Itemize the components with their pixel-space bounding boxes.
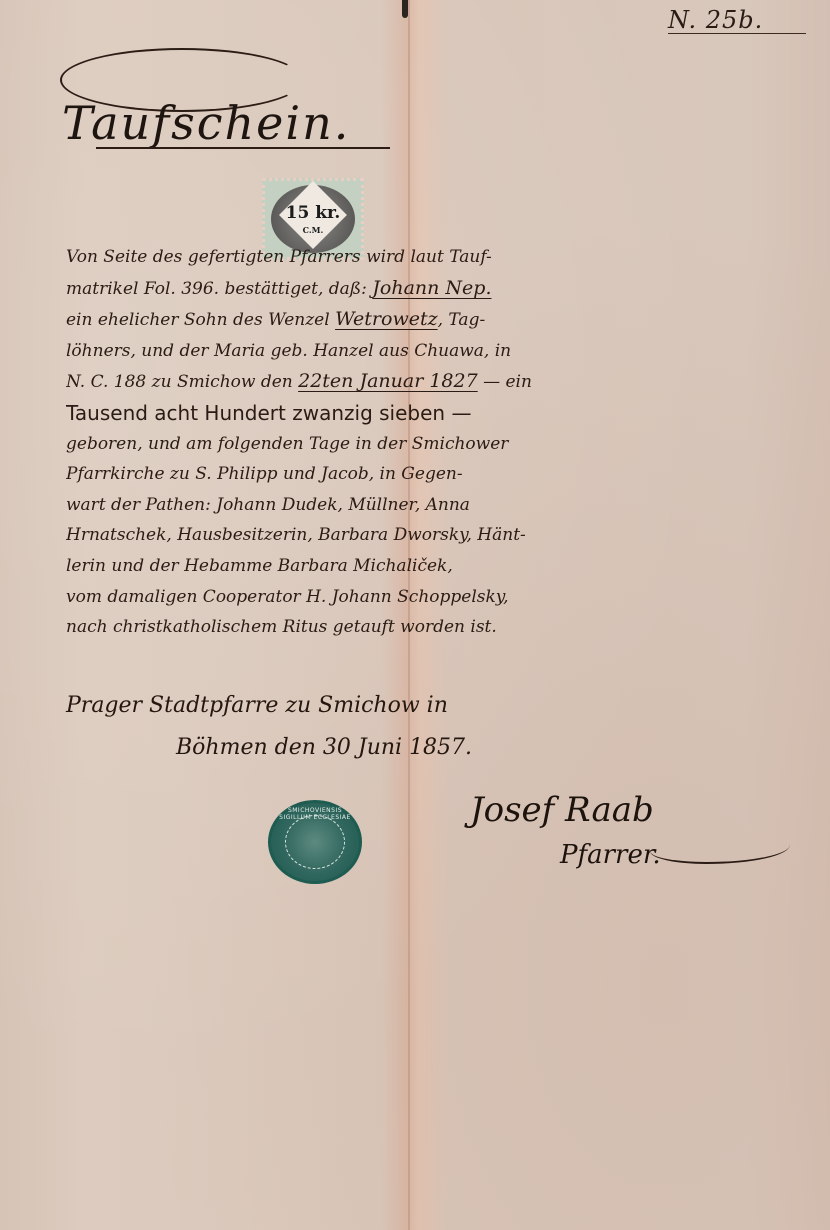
title-underline bbox=[96, 147, 390, 149]
body-text: löhners, und der Maria geb. Hanzel aus C… bbox=[66, 341, 511, 361]
body-line: Pfarrkirche zu S. Philipp und Jacob, in … bbox=[66, 459, 818, 490]
body-text: , Tag- bbox=[438, 310, 486, 330]
seal-text: SMICHOVIENSIS SIGILLUM ECCLESIAE bbox=[271, 807, 359, 821]
closing-date: Böhmen den 30 Juni 1857. bbox=[66, 727, 786, 769]
body-text: geboren, und am folgenden Tage in der Sm… bbox=[66, 434, 508, 454]
birth-date: 22ten Januar 1827 bbox=[298, 370, 478, 392]
body-text: wart der Pathen: Johann Dudek, Müllner, … bbox=[66, 495, 470, 515]
body-text: Pfarrkirche zu S. Philipp und Jacob, in … bbox=[66, 464, 463, 484]
stamp-currency: C.M. bbox=[265, 225, 361, 235]
body-line: geboren, und am folgenden Tage in der Sm… bbox=[66, 429, 818, 460]
surname: Wetrowetz bbox=[335, 308, 438, 330]
signature-flourish-icon bbox=[650, 832, 790, 864]
document-title: Taufschein. bbox=[62, 96, 350, 150]
reference-number: N. 25b. bbox=[668, 6, 763, 34]
body-text: — ein bbox=[478, 372, 532, 392]
certificate-body: Von Seite des gefertigten Pfarrers wird … bbox=[66, 242, 818, 643]
body-line: Von Seite des gefertigten Pfarrers wird … bbox=[66, 242, 818, 273]
body-line: nach christkatholischem Ritus getauft wo… bbox=[66, 612, 818, 643]
body-line: löhners, und der Maria geb. Hanzel aus C… bbox=[66, 336, 818, 367]
body-line: N. C. 188 zu Smichow den 22ten Januar 18… bbox=[66, 366, 818, 398]
body-text: Tausend acht Hundert zwanzig sieben — bbox=[66, 401, 471, 425]
body-text: matrikel Fol. 396. bestättiget, daß: bbox=[66, 279, 372, 299]
parish-seal: SMICHOVIENSIS SIGILLUM ECCLESIAE bbox=[268, 800, 362, 884]
child-name: Johann Nep. bbox=[372, 277, 491, 299]
stamp-value: 15 kr. bbox=[265, 203, 361, 223]
reference-underline bbox=[668, 33, 806, 34]
body-text: vom damaligen Cooperator H. Johann Schop… bbox=[66, 587, 509, 607]
certificate-page: N. 25b. Taufschein. 15 kr. C.M. Von Seit… bbox=[0, 0, 830, 1230]
body-text: N. C. 188 zu Smichow den bbox=[66, 372, 298, 392]
body-line: vom damaligen Cooperator H. Johann Schop… bbox=[66, 582, 818, 613]
body-text: ein ehelicher Sohn des Wenzel bbox=[66, 310, 335, 330]
seal-figures-icon bbox=[285, 815, 345, 869]
body-line-date-words: Tausend acht Hundert zwanzig sieben — bbox=[66, 398, 818, 429]
closing-place: Prager Stadtpfarre zu Smichow in bbox=[66, 685, 786, 727]
signature-title: Pfarrer. bbox=[560, 840, 661, 870]
paper-tear bbox=[402, 0, 408, 18]
body-line: ein ehelicher Sohn des Wenzel Wetrowetz,… bbox=[66, 304, 818, 336]
body-text: lerin und der Hebamme Barbara Michaliček… bbox=[66, 556, 453, 576]
body-line: wart der Pathen: Johann Dudek, Müllner, … bbox=[66, 490, 818, 521]
body-line: lerin und der Hebamme Barbara Michaliček… bbox=[66, 551, 818, 582]
signature-name: Josef Raab bbox=[470, 790, 654, 830]
body-text: nach christkatholischem Ritus getauft wo… bbox=[66, 617, 497, 637]
body-line: Hrnatschek, Hausbesitzerin, Barbara Dwor… bbox=[66, 520, 818, 551]
body-text: Hrnatschek, Hausbesitzerin, Barbara Dwor… bbox=[66, 525, 526, 545]
closing-block: Prager Stadtpfarre zu Smichow in Böhmen … bbox=[66, 685, 786, 769]
body-line: matrikel Fol. 396. bestättiget, daß: Joh… bbox=[66, 273, 818, 305]
body-text: Von Seite des gefertigten Pfarrers wird … bbox=[66, 247, 492, 267]
